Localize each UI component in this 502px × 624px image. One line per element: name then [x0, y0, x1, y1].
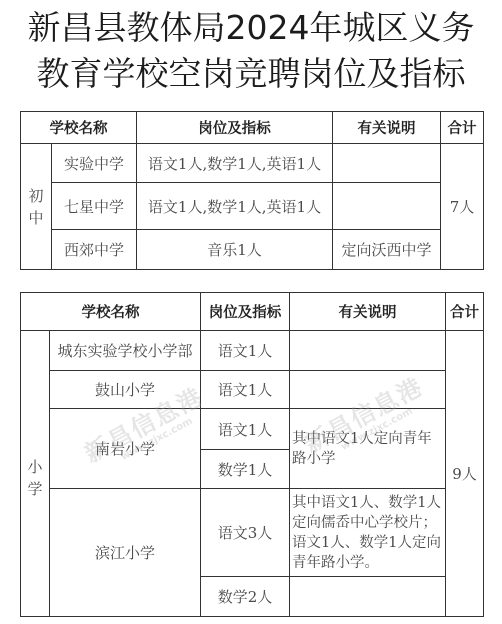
primary-school-table: 学校名称 岗位及指标 有关说明 合计 小学 城东实验学校小学部 语文1人 9人 … — [20, 292, 484, 617]
notes-cell — [333, 144, 441, 183]
notes-cell — [290, 577, 446, 617]
school-name-cell: 七星中学 — [52, 183, 137, 230]
category-cell: 初中 — [21, 144, 52, 270]
category-label: 初中 — [28, 185, 44, 229]
table-row: 滨江小学 语文3人 其中语文1人、数学1人定向儒岙中心学校片；语文1人、数学1人… — [21, 489, 484, 577]
header-positions: 岗位及指标 — [137, 112, 333, 144]
positions-cell: 语文1人,数学1人,英语1人 — [137, 144, 333, 183]
header-positions: 岗位及指标 — [201, 293, 290, 331]
school-name-cell: 滨江小学 — [50, 489, 201, 617]
notes-cell — [290, 371, 446, 409]
positions-cell: 语文1人 — [201, 371, 290, 409]
table-row: 南岩小学 语文1人 其中语文1人定向青年路小学 — [21, 409, 484, 450]
total-cell: 9人 — [446, 331, 484, 617]
table-header-row: 学校名称 岗位及指标 有关说明 合计 — [21, 293, 484, 331]
school-name-cell: 实验中学 — [52, 144, 137, 183]
header-school-name: 学校名称 — [21, 293, 201, 331]
header-total: 合计 — [446, 293, 484, 331]
positions-cell: 数学2人 — [201, 577, 290, 617]
total-cell: 7人 — [441, 144, 484, 270]
middle-school-table: 学校名称 岗位及指标 有关说明 合计 初中 实验中学 语文1人,数学1人,英语1… — [20, 111, 484, 270]
page-title-line-1: 新昌县教体局2024年城区义务 — [0, 8, 502, 48]
positions-cell: 语文1人 — [201, 331, 290, 371]
category-cell: 小学 — [21, 331, 50, 617]
school-name-cell: 鼓山小学 — [50, 371, 201, 409]
notes-cell: 定向沃西中学 — [333, 230, 441, 270]
notes-cell — [333, 183, 441, 230]
table-row: 西郊中学 音乐1人 定向沃西中学 — [21, 230, 484, 270]
header-notes: 有关说明 — [333, 112, 441, 144]
page-title-line-2: 教育学校空岗竞聘岗位及指标 — [0, 54, 502, 94]
table-row: 鼓山小学 语文1人 — [21, 371, 484, 409]
school-name-cell: 城东实验学校小学部 — [50, 331, 201, 371]
table-row: 七星中学 语文1人,数学1人,英语1人 — [21, 183, 484, 230]
table-row: 小学 城东实验学校小学部 语文1人 9人 — [21, 331, 484, 371]
notes-cell — [290, 331, 446, 371]
header-school-name: 学校名称 — [21, 112, 137, 144]
notes-cell: 其中语文1人、数学1人定向儒岙中心学校片；语文1人、数学1人定向青年路小学。 — [290, 489, 446, 577]
table-row: 初中 实验中学 语文1人,数学1人,英语1人 7人 — [21, 144, 484, 183]
notes-cell: 其中语文1人定向青年路小学 — [290, 409, 446, 489]
positions-cell: 数学1人 — [201, 450, 290, 489]
positions-cell: 语文1人 — [201, 409, 290, 450]
table-header-row: 学校名称 岗位及指标 有关说明 合计 — [21, 112, 484, 144]
header-notes: 有关说明 — [290, 293, 446, 331]
category-label: 小学 — [27, 456, 43, 500]
header-total: 合计 — [441, 112, 484, 144]
school-name-cell: 南岩小学 — [50, 409, 201, 489]
positions-cell: 语文1人,数学1人,英语1人 — [137, 183, 333, 230]
school-name-cell: 西郊中学 — [52, 230, 137, 270]
positions-cell: 语文3人 — [201, 489, 290, 577]
positions-cell: 音乐1人 — [137, 230, 333, 270]
